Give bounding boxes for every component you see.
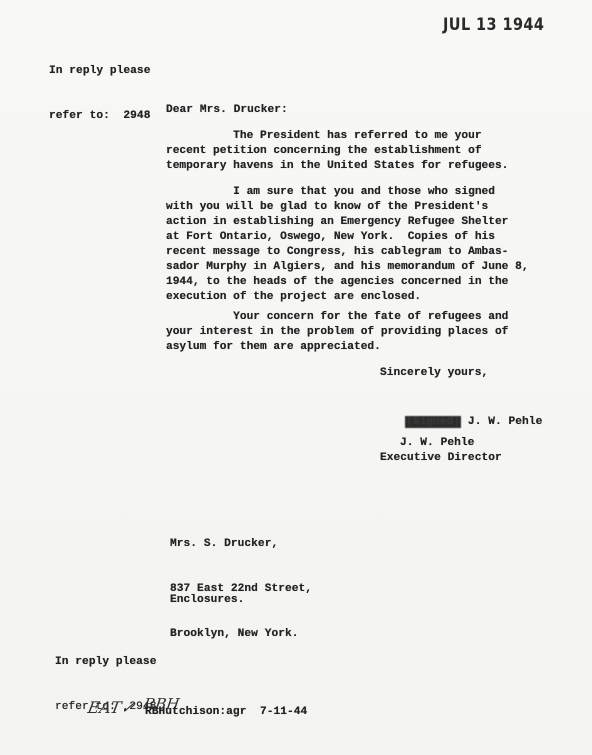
reference-line: In reply please: [55, 655, 156, 670]
reference-line: In reply please: [49, 64, 150, 79]
signer-title: Executive Director: [380, 451, 502, 466]
text-line: The President has referred to me your: [166, 129, 508, 144]
signed-name: J. W. Pehle: [461, 416, 542, 428]
text-line: at Fort Ontario, Oswego, New York. Copie…: [166, 230, 529, 245]
enclosures-note: Enclosures.: [170, 593, 244, 608]
text-line: temporary havens in the United States fo…: [166, 159, 508, 174]
recipient-address: Mrs. S. Drucker, 837 East 22nd Street, B…: [170, 507, 312, 672]
text-line: 1944, to the heads of the agencies conce…: [166, 275, 529, 290]
text-line: your interest in the problem of providin…: [166, 325, 508, 340]
text-line: recent message to Congress, his cablegra…: [166, 245, 529, 260]
paragraph-2: I am sure that you and those who signed …: [166, 185, 529, 305]
reference-top: In reply please refer to: 2948: [49, 34, 150, 154]
address-line: Mrs. S. Drucker,: [170, 537, 312, 552]
text-line: execution of the project are enclosed.: [166, 290, 529, 305]
typist-reference: RBHutchison:agr 7-11-44: [145, 705, 307, 720]
signer-name: J. W. Pehle: [400, 436, 474, 451]
letter-page: JUL 13 1944 In reply please refer to: 29…: [0, 0, 592, 755]
text-line: sador Murphy in Algiers, and his memoran…: [166, 260, 529, 275]
paragraph-1: The President has referred to me your re…: [166, 129, 508, 174]
text-line: action in establishing an Emergency Refu…: [166, 215, 529, 230]
address-line: Brooklyn, New York.: [170, 627, 312, 642]
salutation: Dear Mrs. Drucker:: [166, 103, 288, 118]
reference-line: refer to: 2948: [49, 109, 150, 124]
text-line: with you will be glad to know of the Pre…: [166, 200, 529, 215]
signed-marker: (Signed): [405, 416, 461, 428]
text-line: Your concern for the fate of refugees an…: [166, 310, 508, 325]
reference-bottom: In reply please refer to: 2948: [55, 625, 156, 745]
paragraph-3: Your concern for the fate of refugees an…: [166, 310, 508, 355]
text-line: asylum for them are appreciated.: [166, 340, 508, 355]
text-line: I am sure that you and those who signed: [166, 185, 529, 200]
handwritten-initial: EAT✓: [86, 698, 136, 717]
text-line: recent petition concerning the establish…: [166, 144, 508, 159]
closing: Sincerely yours,: [380, 366, 488, 381]
date-stamp: JUL 13 1944: [443, 15, 544, 35]
